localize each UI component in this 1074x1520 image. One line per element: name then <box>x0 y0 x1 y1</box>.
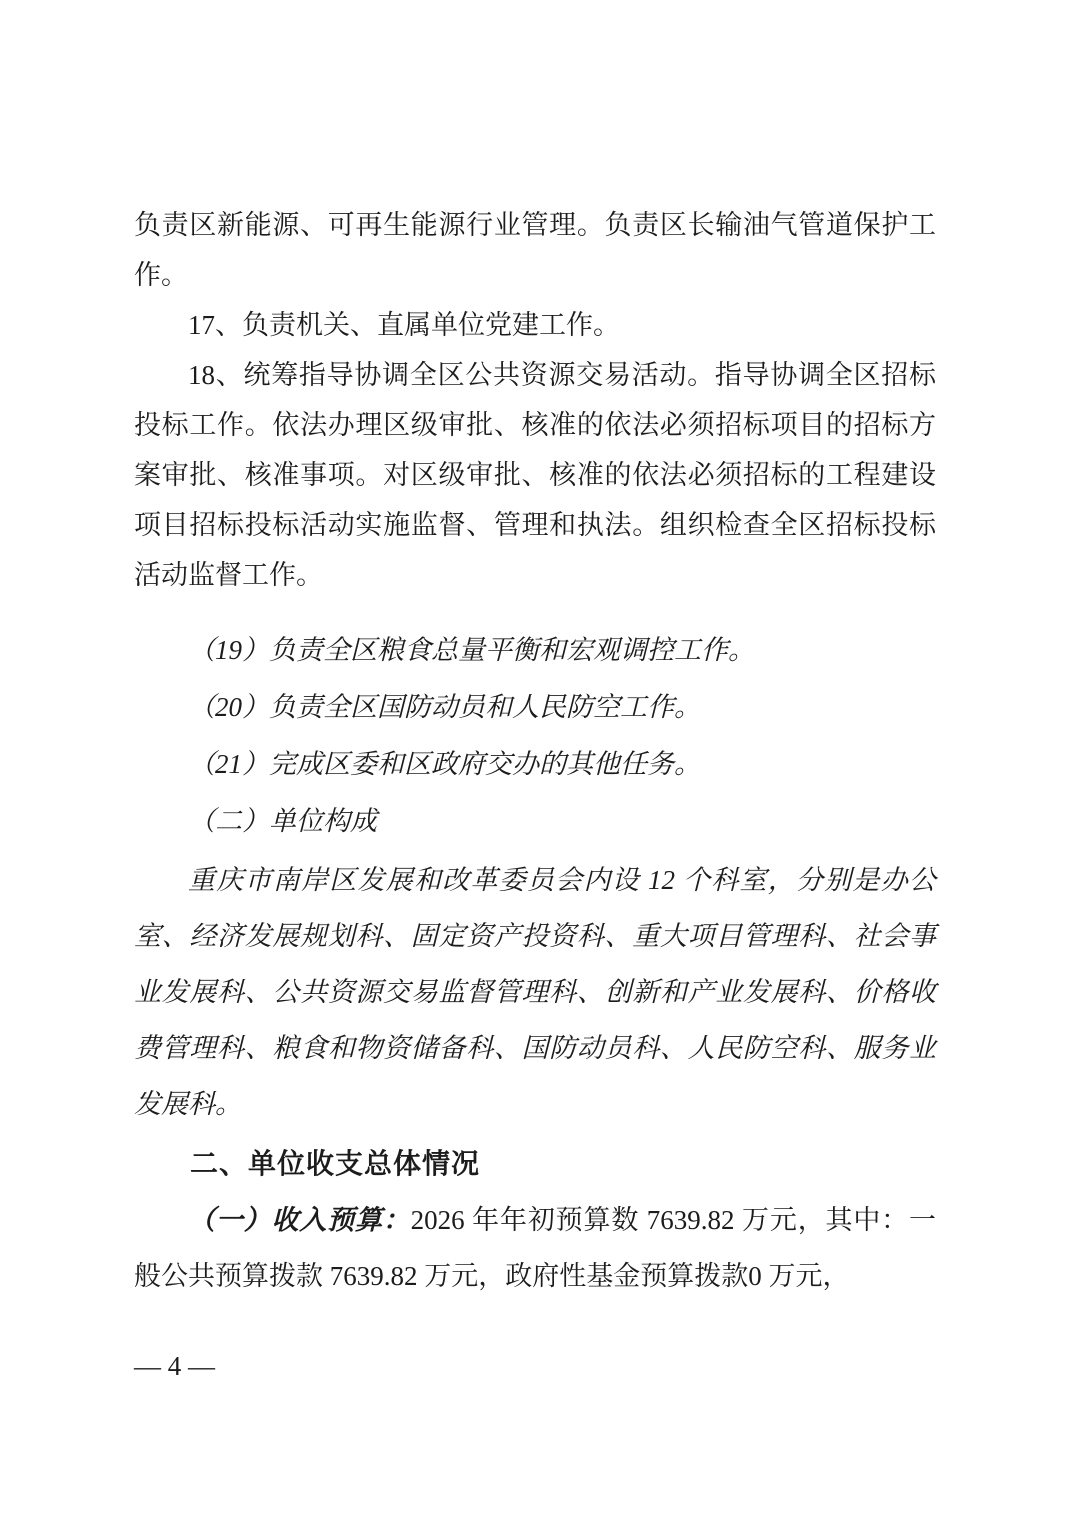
section-heading-budget-overview: 二、单位收支总体情况 <box>134 1138 936 1190</box>
list-item-17: 17、负责机关、直属单位党建工作。 <box>134 300 936 350</box>
list-item-21: （21）完成区委和区政府交办的其他任务。 <box>134 736 936 793</box>
income-budget-paragraph: （一）收入预算：2026 年年初预算数 7639.82 万元，其中：一般公共预算… <box>134 1192 936 1304</box>
org-structure-paragraph: 重庆市南岸区发展和改革委员会内设 12 个科室，分别是办公室、经济发展规划科、固… <box>134 852 936 1132</box>
list-item-18: 18、统筹指导协调全区公共资源交易活动。指导协调全区招标投标工作。依法办理区级审… <box>134 350 936 600</box>
page-content: 负责区新能源、可再生能源行业管理。负责区长输油气管道保护工作。 17、负责机关、… <box>134 200 936 1304</box>
page-number: — 4 — <box>134 1350 215 1382</box>
income-budget-lead: （一）收入预算： <box>188 1205 411 1235</box>
list-item-19: （19）负责全区粮食总量平衡和宏观调控工作。 <box>134 622 936 679</box>
document-page: 负责区新能源、可再生能源行业管理。负责区长输油气管道保护工作。 17、负责机关、… <box>0 0 1074 1520</box>
paragraph-continuation: 负责区新能源、可再生能源行业管理。负责区长输油气管道保护工作。 <box>134 200 936 300</box>
list-item-20: （20）负责全区国防动员和人民防空工作。 <box>134 679 936 736</box>
subsection-heading-unit-composition: （二）单位构成 <box>134 793 936 850</box>
